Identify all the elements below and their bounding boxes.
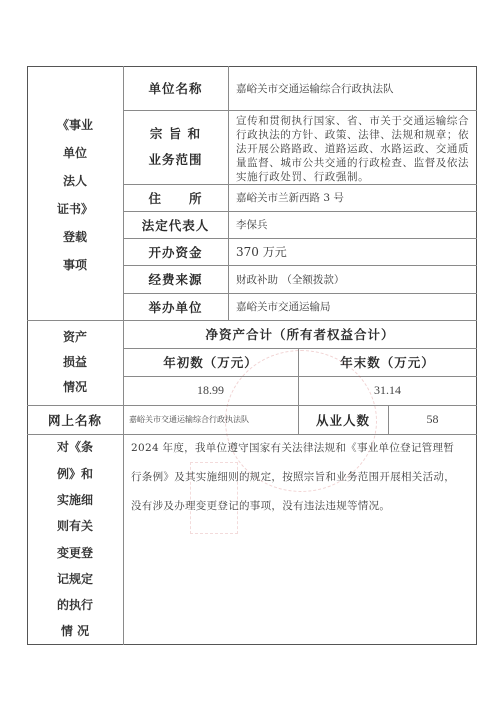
unit-name-label: 单位名称 (123, 66, 228, 110)
label-line: 法人 (63, 167, 87, 195)
label-line: 资产 (63, 325, 87, 350)
capital-value: 370 万元 (228, 238, 477, 265)
sponsor-label: 举办单位 (123, 293, 228, 320)
annual-report-page: 《事业 单位 法人 证书》 登载 事项 单位名称 嘉峪关市交通运输综合行政执法队… (0, 0, 500, 707)
label-line: 的执行 (57, 592, 93, 618)
assets-section-label: 资产 损益 情况 (27, 320, 123, 405)
capital-label: 开办资金 (123, 238, 228, 265)
start-of-year-value: 18.99 (123, 376, 298, 405)
execution-statement: 2024 年度，我单位遵守国家有关法律法规和《事业单位登记管理暂 行条例》及其实… (123, 434, 477, 645)
funding-source-value: 财政补助 （全额拨款） (228, 265, 477, 293)
label-line: 事项 (63, 251, 87, 279)
label-line: 《事业 (57, 111, 93, 139)
purpose-label: 宗 旨 和 业务范围 (123, 110, 228, 184)
end-of-year-value: 31.14 (298, 376, 477, 405)
purpose-value: 宣传和贯彻执行国家、省、市关于交通运输综合行政执法的方针、政策、法律、法规和规章… (228, 110, 477, 184)
label-line: 证书》 (57, 195, 93, 223)
label-line: 单位 (63, 139, 87, 167)
net-assets-header: 净资产合计（所有者权益合计） (123, 320, 477, 348)
start-of-year-label: 年初数（万元） (123, 348, 298, 376)
label-line: 实施细 (57, 487, 93, 513)
unit-name-value: 嘉峪关市交通运输综合行政执法队 (228, 66, 477, 110)
registration-section-label: 《事业 单位 法人 证书》 登载 事项 (27, 110, 123, 280)
label-line: 则有关 (57, 513, 93, 539)
sponsor-value: 嘉峪关市交通运输局 (228, 293, 477, 320)
statement-line: 行条例》及其实施细则的规定，按照宗旨和业务范围开展相关活动， (131, 463, 455, 492)
label-line: 变更登 (57, 540, 93, 566)
statement-line: 没有涉及办理变更登记的事项，没有违法违规等情况。 (131, 492, 390, 521)
employees-value: 58 (388, 405, 477, 434)
label-line: 宗 旨 和 (150, 121, 201, 147)
employees-label: 从业人数 (298, 405, 388, 434)
statement-line: 2024 年度，我单位遵守国家有关法律法规和《事业单位登记管理暂 (131, 434, 454, 463)
label-line: 记规定 (57, 566, 93, 592)
label-line: 情况 (63, 375, 87, 400)
funding-source-label: 经费来源 (123, 265, 228, 293)
label-line: 业务范围 (148, 147, 202, 173)
label-line: 例》和 (57, 461, 93, 487)
address-label: 住 所 (123, 184, 228, 211)
legal-rep-label: 法定代表人 (123, 211, 228, 238)
online-name-value: 嘉峪关市交通运输综合行政执法队 (123, 405, 298, 434)
execution-section-label: 对《条 例》和 实施细 则有关 变更登 记规定 的执行 情 况 (27, 434, 123, 645)
label-line: 对《条 (57, 434, 93, 460)
address-value: 嘉峪关市兰新西路 3 号 (228, 184, 477, 211)
end-of-year-label: 年末数（万元） (298, 348, 477, 376)
online-name-label: 网上名称 (27, 405, 123, 434)
legal-rep-value: 李保兵 (228, 211, 477, 238)
label-line: 登载 (63, 223, 87, 251)
label-line: 情 况 (61, 618, 89, 644)
label-line: 损益 (63, 350, 87, 375)
